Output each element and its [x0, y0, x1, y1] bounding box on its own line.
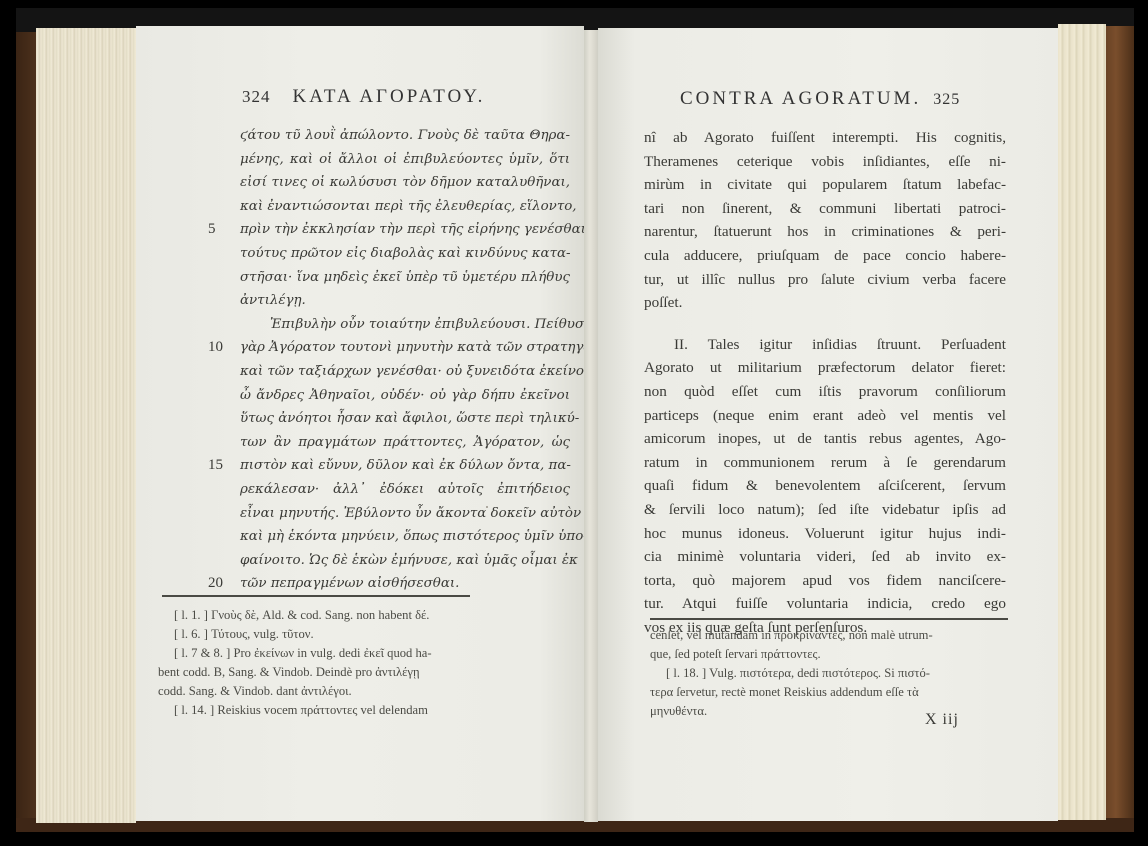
- line-number: 20: [208, 572, 223, 596]
- running-head-title: ΚΑΤΑ ΑΓΟΡΑΤΟΥ.: [293, 86, 486, 107]
- text-line: ρεκάλεσαν· ἀλλ᾽ ἐδόκει αὐτοῖς ἐπιτήδειος: [240, 478, 570, 502]
- text-line: ἀντιλέγῃ.: [240, 289, 570, 313]
- line-text: non quòd eſſet cum iſtis pravorum conſil…: [644, 383, 1006, 400]
- footnote-line: que, ſed poteſt ſervari πράττοντες.: [650, 645, 1006, 664]
- text-line: ὕτως ἀνόητοι ἦσαν καὶ ἄφιλοι, ὥστε περὶ …: [240, 407, 570, 431]
- footnote-line: [ l. 7 & 8. ] Pro ἐκείνων in vulg. dedi …: [158, 644, 468, 663]
- line-text: καὶ ἐναντιώσονται περὶ τῆς ἐλευθερίας, ε…: [240, 199, 577, 214]
- left-running-head: 324ΚΑΤΑ ΑΓΟΡΑΤΟΥ.: [242, 86, 485, 108]
- footnote-rule: [650, 618, 1008, 620]
- page-number: 325: [933, 91, 960, 108]
- footnotes: [ l. 1. ] Γνοὺς δὲ, Ald. & cod. Sang. no…: [158, 606, 468, 720]
- text-line: particeps (neque enim erant adeò vel men…: [644, 404, 1006, 428]
- text-line: ratum in communionem rerum à ſe gerendar…: [644, 451, 1006, 475]
- line-text: φαίνοιτο. Ὡς δὲ ἑκὼν ἐμήνυσε, καὶ ὑμᾶς ο…: [240, 553, 578, 568]
- line-text: poſſet.: [644, 294, 682, 311]
- text-line: Ἐπιβυλὴν οὖν τοιαύτην ἐπιβυλεύουσι. Πείθ…: [240, 313, 570, 337]
- line-text: ὦ ἄνδρες Ἀθηναῖοι, οὐδέν· οὐ γὰρ δήπυ ἐκ…: [240, 388, 570, 403]
- line-text: τῶν πεπραγμένων αἰσθήσεσθαι.: [240, 576, 459, 591]
- page-edges-left: [36, 28, 136, 823]
- line-text: Theramenes ceterique vobis inſidiantes, …: [644, 153, 1006, 170]
- line-text: tur. Atqui fuiſſe voluntaria indicia, cr…: [644, 595, 1006, 612]
- latin-text-block: nî ab Agorato fuiſſent interempti. His c…: [644, 126, 1006, 639]
- text-line: μένης, καὶ οἱ ἄλλοι οἱ ἐπιβυλεύοντες ὑμῖ…: [240, 148, 570, 172]
- text-line: tur. Atqui fuiſſe voluntaria indicia, cr…: [644, 592, 1006, 616]
- line-text: cia minimè voluntaria videri, ſed ab inv…: [644, 548, 1006, 565]
- text-line: 20τῶν πεπραγμένων αἰσθήσεσθαι.: [240, 572, 570, 596]
- right-running-head: CONTRA AGORATUM.325: [680, 88, 960, 110]
- line-text: γὰρ Ἀγόρατον τουτονὶ μηνυτὴν κατὰ τῶν στ…: [240, 340, 602, 355]
- signature-mark: X iij: [925, 711, 959, 729]
- text-line: καὶ μὴ ἑκόντα μηνύειν, ὅπως πιστότερος ὑ…: [240, 525, 570, 549]
- line-text: torta, quò majorem apud vos fidem nanciſ…: [644, 572, 1006, 589]
- footnote-line: codd. Sang. & Vindob. dant ἀντιλέγοι.: [158, 682, 468, 701]
- line-text: tur, ut illîc nullus pro ſalute civium v…: [644, 271, 1006, 288]
- page-number: 324: [242, 87, 271, 106]
- line-text: ὕτως ἀνόητοι ἦσαν καὶ ἄφιλοι, ὥστε περὶ …: [240, 411, 579, 426]
- line-text: καὶ μὴ ἑκόντα μηνύειν, ὅπως πιστότερος ὑ…: [240, 529, 588, 544]
- line-text: στῆσαι· ἵνα μηδεὶς ἐκεῖ ὑπὲρ τῦ ὑμετέρυ …: [240, 270, 570, 285]
- text-line: φαίνοιτο. Ὡς δὲ ἑκὼν ἐμήνυσε, καὶ ὑμᾶς ο…: [240, 549, 570, 573]
- text-line: καὶ ἐναντιώσονται περὶ τῆς ἐλευθερίας, ε…: [240, 195, 570, 219]
- line-text: ϛάτου τῦ λουῒ ἀπώλοντο. Γνοὺς δὲ ταῦτα Θ…: [240, 128, 570, 143]
- line-text: & ſervili loco natum); ſed iſte videbatu…: [644, 501, 1006, 518]
- text-line: εἰσί τινες οἱ κωλύσυσι τὸν δῆμον καταλυθ…: [240, 171, 570, 195]
- text-line: των ἂν πραγμάτων πράττοντες, Ἀγόρατον, ὡ…: [240, 431, 570, 455]
- line-number: 5: [208, 218, 216, 242]
- footnote-line: [ l. 1. ] Γνοὺς δὲ, Ald. & cod. Sang. no…: [158, 606, 468, 625]
- line-text: nî ab Agorato fuiſſent interempti. His c…: [644, 129, 1006, 146]
- line-text: Agorato ut militarium præfectorum delato…: [644, 359, 1006, 376]
- line-text: ρεκάλεσαν· ἀλλ᾽ ἐδόκει αὐτοῖς ἐπιτήδειος: [240, 482, 570, 497]
- line-text: hoc munus idoneus. Voluerunt igitur huju…: [644, 525, 1006, 542]
- line-text: μένης, καὶ οἱ ἄλλοι οἱ ἐπιβυλεύοντες ὑμῖ…: [240, 152, 570, 167]
- line-text: τούτυς πρῶτον εἰς διαβολὰς καὶ κινδύνυς …: [240, 246, 571, 261]
- text-line: ϛάτου τῦ λουῒ ἀπώλοντο. Γνοὺς δὲ ταῦτα Θ…: [240, 124, 570, 148]
- right-page: CONTRA AGORATUM.325 nî ab Agorato fuiſſe…: [598, 28, 1058, 821]
- line-text: εἶναι μηνυτής. Ἐβύλοντο ὖν ἄκοντα δοκεῖν…: [240, 506, 581, 521]
- line-text: ratum in communionem rerum à ſe gerendar…: [644, 454, 1006, 471]
- footnote-line: cenſet, vel mutandam in προκρίναντες, no…: [650, 626, 1006, 645]
- footnote-line: [ l. 18. ] Vulg. πιστότερα, dedi πιστότε…: [650, 664, 1006, 683]
- text-line: εἶναι μηνυτής. Ἐβύλοντο ὖν ἄκοντα δοκεῖν…: [240, 502, 570, 526]
- line-number: 10: [208, 336, 223, 360]
- text-line: hoc munus idoneus. Voluerunt igitur huju…: [644, 522, 1006, 546]
- line-text: πρὶν τὴν ἐκκλησίαν τὴν περὶ τῆς εἰρήνης …: [240, 222, 590, 237]
- text-line: II. Tales igitur inſidias ſtruunt. Perſu…: [644, 333, 1006, 357]
- line-text: cula adducere, priuſquam de pace concio …: [644, 247, 1006, 264]
- text-line: poſſet.: [644, 291, 1006, 315]
- text-line: 5πρὶν τὴν ἐκκλησίαν τὴν περὶ τῆς εἰρήνης…: [240, 218, 570, 242]
- text-line: Theramenes ceterique vobis inſidiantes, …: [644, 150, 1006, 174]
- book-gutter: [584, 30, 598, 822]
- line-text: II. Tales igitur inſidias ſtruunt. Perſu…: [674, 336, 1006, 353]
- text-line: amicorum inopes, ut de tantis rebus agen…: [644, 427, 1006, 451]
- page-edges-right: [1058, 24, 1106, 820]
- line-text: ἀντιλέγῃ.: [240, 293, 306, 308]
- line-text: quaſi fidum & benevolentem aſciſcerent, …: [644, 477, 1006, 494]
- text-line: & ſervili loco natum); ſed iſte videbatu…: [644, 498, 1006, 522]
- text-line: nî ab Agorato fuiſſent interempti. His c…: [644, 126, 1006, 150]
- text-line: καὶ τῶν ταξιάρχων γενέσθαι· οὐ ξυνειδότα…: [240, 360, 570, 384]
- footnote-line: τερα ſervetur, rectè monet Reiskius adde…: [650, 683, 1006, 702]
- text-line: cula adducere, priuſquam de pace concio …: [644, 244, 1006, 268]
- greek-text-block: ϛάτου τῦ λουῒ ἀπώλοντο. Γνοὺς δὲ ταῦτα Θ…: [240, 124, 570, 596]
- text-line: στῆσαι· ἵνα μηδεὶς ἐκεῖ ὑπὲρ τῦ ὑμετέρυ …: [240, 266, 570, 290]
- line-text: narentur, ſtatuerunt hos in criminatione…: [644, 223, 1006, 240]
- text-line: torta, quò majorem apud vos fidem nanciſ…: [644, 569, 1006, 593]
- footnote-line: bent codd. B, Sang. & Vindob. Deindè pro…: [158, 663, 468, 682]
- text-line: mirùm in civitate qui popularem ſtatum l…: [644, 173, 1006, 197]
- line-text: particeps (neque enim erant adeò vel men…: [644, 407, 1006, 424]
- footnote-line: [ l. 6. ] Τύτους, vulg. τῦτον.: [158, 625, 468, 644]
- line-text: Ἐπιβυλὴν οὖν τοιαύτην ἐπιβυλεύουσι. Πείθ…: [270, 317, 589, 332]
- line-text: tari non ſinerent, & communi libertati p…: [644, 200, 1006, 217]
- line-text: των ἂν πραγμάτων πράττοντες, Ἀγόρατον, ὡ…: [240, 435, 570, 450]
- text-line: quaſi fidum & benevolentem aſciſcerent, …: [644, 474, 1006, 498]
- text-line: 15πιστὸν καὶ εὔνυν, δῦλον καὶ ἐκ δύλων ὄ…: [240, 454, 570, 478]
- text-line: tur, ut illîc nullus pro ſalute civium v…: [644, 268, 1006, 292]
- line-text: mirùm in civitate qui popularem ſtatum l…: [644, 176, 1006, 193]
- text-line: non quòd eſſet cum iſtis pravorum conſil…: [644, 380, 1006, 404]
- line-number: 15: [208, 454, 223, 478]
- text-line: tari non ſinerent, & communi libertati p…: [644, 197, 1006, 221]
- running-head-title: CONTRA AGORATUM.: [680, 88, 921, 109]
- footnote-rule: [162, 595, 470, 597]
- text-line: 10γὰρ Ἀγόρατον τουτονὶ μηνυτὴν κατὰ τῶν …: [240, 336, 570, 360]
- text-line: narentur, ſtatuerunt hos in criminatione…: [644, 220, 1006, 244]
- line-text: πιστὸν καὶ εὔνυν, δῦλον καὶ ἐκ δύλων ὄντ…: [240, 458, 571, 473]
- footnotes: cenſet, vel mutandam in προκρίναντες, no…: [650, 626, 1006, 721]
- left-page: 324ΚΑΤΑ ΑΓΟΡΑΤΟΥ. ϛάτου τῦ λουῒ ἀπώλοντο…: [136, 26, 584, 821]
- text-line: ὦ ἄνδρες Ἀθηναῖοι, οὐδέν· οὐ γὰρ δήπυ ἐκ…: [240, 384, 570, 408]
- line-text: amicorum inopes, ut de tantis rebus agen…: [644, 430, 1006, 447]
- text-line: cia minimè voluntaria videri, ſed ab inv…: [644, 545, 1006, 569]
- text-line: Agorato ut militarium præfectorum delato…: [644, 356, 1006, 380]
- paper-speck: [486, 506, 488, 508]
- text-line: τούτυς πρῶτον εἰς διαβολὰς καὶ κινδύνυς …: [240, 242, 570, 266]
- footnote-line: [ l. 14. ] Reiskius vocem πράττοντες vel…: [158, 701, 468, 720]
- line-text: καὶ τῶν ταξιάρχων γενέσθαι· οὐ ξυνειδότα…: [240, 364, 601, 379]
- line-text: εἰσί τινες οἱ κωλύσυσι τὸν δῆμον καταλυθ…: [240, 175, 570, 190]
